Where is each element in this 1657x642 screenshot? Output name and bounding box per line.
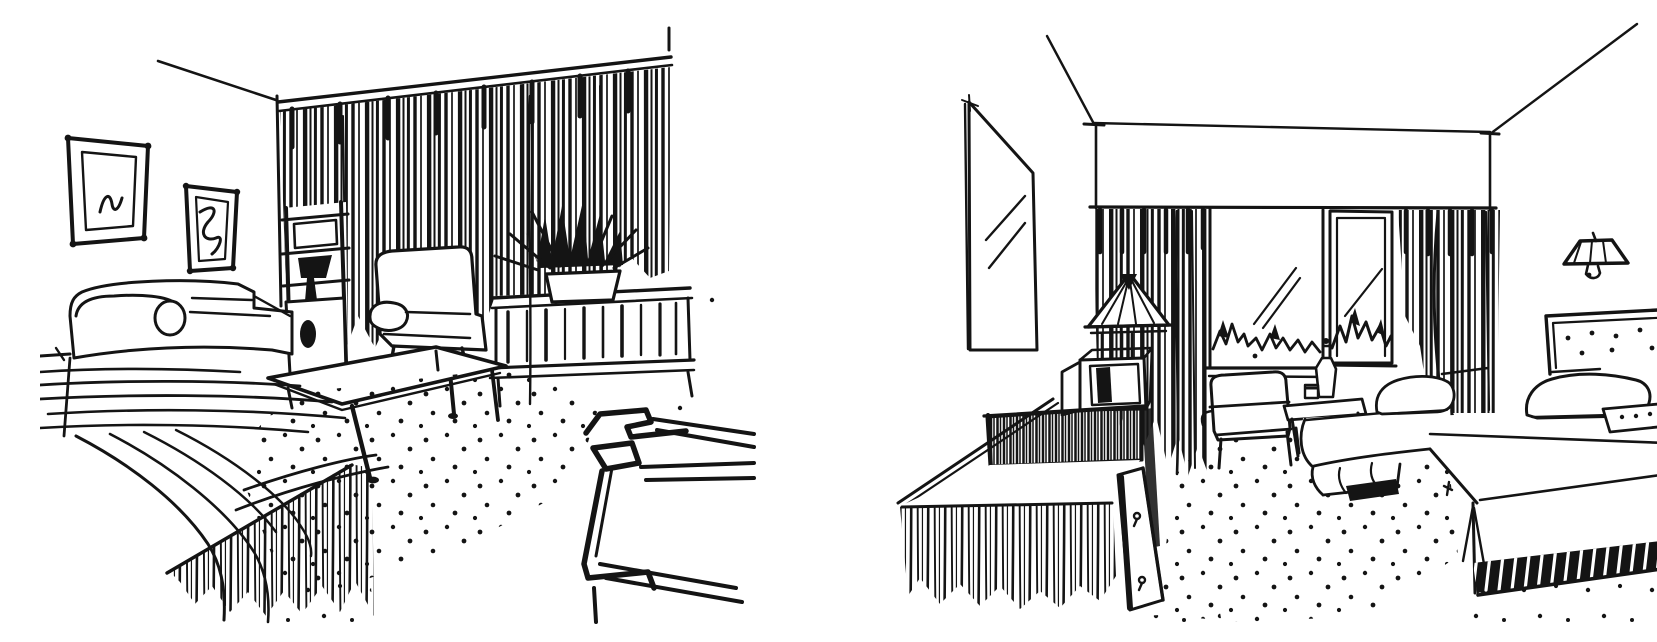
etagere-cabinet [286, 298, 346, 374]
sketch-canvas: Hand-drawn interior perspective sketches [40, 16, 1657, 626]
tv-screen-shadow [1096, 367, 1112, 403]
cabinet-shadow [300, 320, 316, 348]
shelf-box [294, 220, 337, 248]
ink-drawing [40, 16, 1657, 626]
window-with-plants [1205, 209, 1396, 377]
soffit-bottom-edge [1090, 207, 1496, 208]
armchair-arm-roll [370, 302, 408, 330]
planter-box [546, 271, 620, 302]
picture-frame-large [65, 135, 152, 248]
picture-frame-small [183, 183, 240, 274]
